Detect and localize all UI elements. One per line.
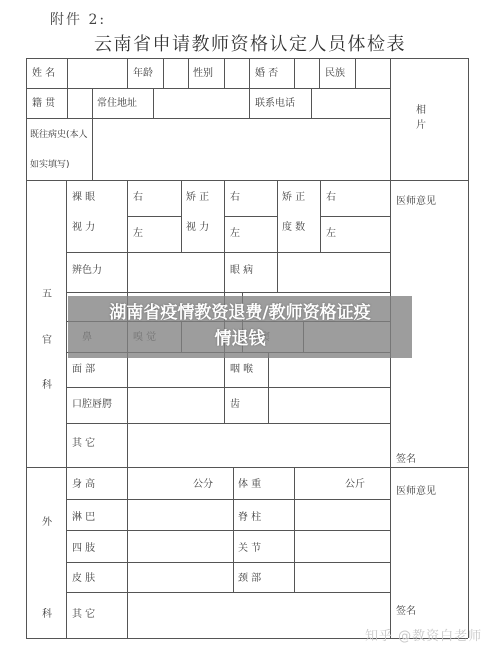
degree-right-label: 右	[326, 193, 336, 203]
gender-label: 性别	[193, 69, 213, 79]
ethnicity-label: 民族	[325, 69, 345, 79]
skin-label: 皮 肤	[72, 574, 95, 584]
joints-label: 关 节	[238, 544, 261, 554]
limbs-label: 四 肢	[72, 544, 95, 554]
divider	[320, 216, 390, 217]
divider	[319, 58, 320, 88]
naked-right-label: 右	[133, 193, 143, 203]
watermark: 知乎 @教资白老师	[365, 625, 482, 644]
corrected-left-label: 左	[230, 229, 240, 239]
height-label: 身 高	[72, 480, 95, 490]
corrected-degree-label-cont: 度 数	[282, 223, 305, 233]
marital-label: 婚 否	[255, 69, 278, 79]
divider	[66, 387, 390, 388]
divider	[66, 423, 390, 424]
history-label: 既往病史(本人	[30, 131, 88, 140]
address-label: 常住地址	[97, 99, 137, 109]
photo-label: 相	[416, 106, 426, 116]
naked-vision-label-cont: 视 力	[72, 223, 95, 233]
divider	[249, 58, 250, 118]
five-senses-signature: 签名	[396, 455, 416, 465]
banner-line-2: 情退钱	[68, 326, 412, 352]
corrected-degree-label: 矫 正	[282, 193, 305, 203]
overlay-banner-text: 湖南省疫情教资退费/教师资格证疫 情退钱	[68, 300, 412, 352]
divider	[66, 180, 67, 638]
color-vision-label: 辨色力	[72, 266, 102, 276]
section-five-senses-char: 官	[42, 336, 52, 346]
divider	[224, 58, 225, 88]
divider	[67, 88, 68, 118]
table-border-right	[468, 58, 469, 638]
divider	[127, 216, 181, 217]
attachment-label: 附件 2:	[50, 9, 106, 29]
banner-line-1: 湖南省疫情教资退费/教师资格证疫	[68, 300, 412, 326]
corrected-vision-label: 矫 正	[186, 193, 209, 203]
native-place-label: 籍 贯	[32, 99, 55, 109]
table-border-top	[26, 58, 468, 59]
divider	[311, 88, 312, 118]
divider	[294, 58, 295, 88]
divider	[127, 58, 128, 88]
divider	[26, 180, 468, 181]
divider	[153, 88, 154, 118]
name-label: 姓 名	[32, 69, 55, 79]
phone-label: 联系电话	[255, 99, 295, 109]
divider	[66, 592, 390, 593]
divider	[66, 530, 390, 531]
history-label-cont: 如实填写)	[30, 161, 70, 170]
divider	[26, 88, 390, 89]
surgery-signature: 签名	[396, 607, 416, 617]
divider	[66, 562, 390, 563]
table-border-left	[26, 58, 27, 638]
surgery-doctor-opinion: 医师意见	[396, 487, 436, 497]
naked-vision-label: 裸 眼	[72, 193, 95, 203]
five-senses-doctor-opinion: 医师意见	[396, 197, 436, 207]
divider	[66, 292, 390, 293]
age-label: 年龄	[133, 69, 153, 79]
naked-left-label: 左	[133, 229, 143, 239]
five-senses-other-label: 其 它	[72, 439, 95, 449]
neck-label: 颈 部	[238, 574, 261, 584]
throat-label: 咽 喉	[230, 365, 253, 375]
spine-label: 脊 柱	[238, 513, 261, 523]
weight-label: 体 重	[238, 480, 261, 490]
degree-left-label: 左	[326, 229, 336, 239]
section-five-senses-char: 五	[42, 290, 52, 300]
divider	[66, 252, 390, 253]
lymph-label: 淋 巴	[72, 513, 95, 523]
eye-disease-label: 眼 病	[230, 266, 253, 276]
divider	[355, 58, 356, 88]
divider	[224, 216, 277, 217]
divider	[188, 58, 189, 88]
section-surgery-char: 科	[42, 610, 52, 620]
teeth-label: 齿	[230, 400, 240, 410]
divider	[127, 180, 128, 638]
divider	[163, 58, 164, 88]
divider	[277, 252, 278, 292]
photo-label-cont: 片	[416, 121, 426, 131]
divider	[26, 467, 468, 468]
surgery-other-label: 其 它	[72, 610, 95, 620]
divider	[67, 58, 68, 88]
section-surgery-char: 外	[42, 518, 52, 528]
face-label: 面 部	[72, 365, 95, 375]
corrected-vision-label-cont: 视 力	[186, 223, 209, 233]
divider	[66, 499, 390, 500]
divider	[26, 118, 390, 119]
divider	[181, 180, 182, 252]
form-title: 云南省申请教师资格认定人员体检表	[0, 30, 500, 56]
divider	[277, 180, 278, 252]
divider	[92, 88, 93, 180]
corrected-right-label: 右	[230, 193, 240, 203]
height-unit: 公分	[193, 480, 213, 490]
section-five-senses-char: 科	[42, 381, 52, 391]
weight-unit: 公斤	[345, 480, 365, 490]
oral-label: 口腔唇腭	[72, 400, 112, 410]
